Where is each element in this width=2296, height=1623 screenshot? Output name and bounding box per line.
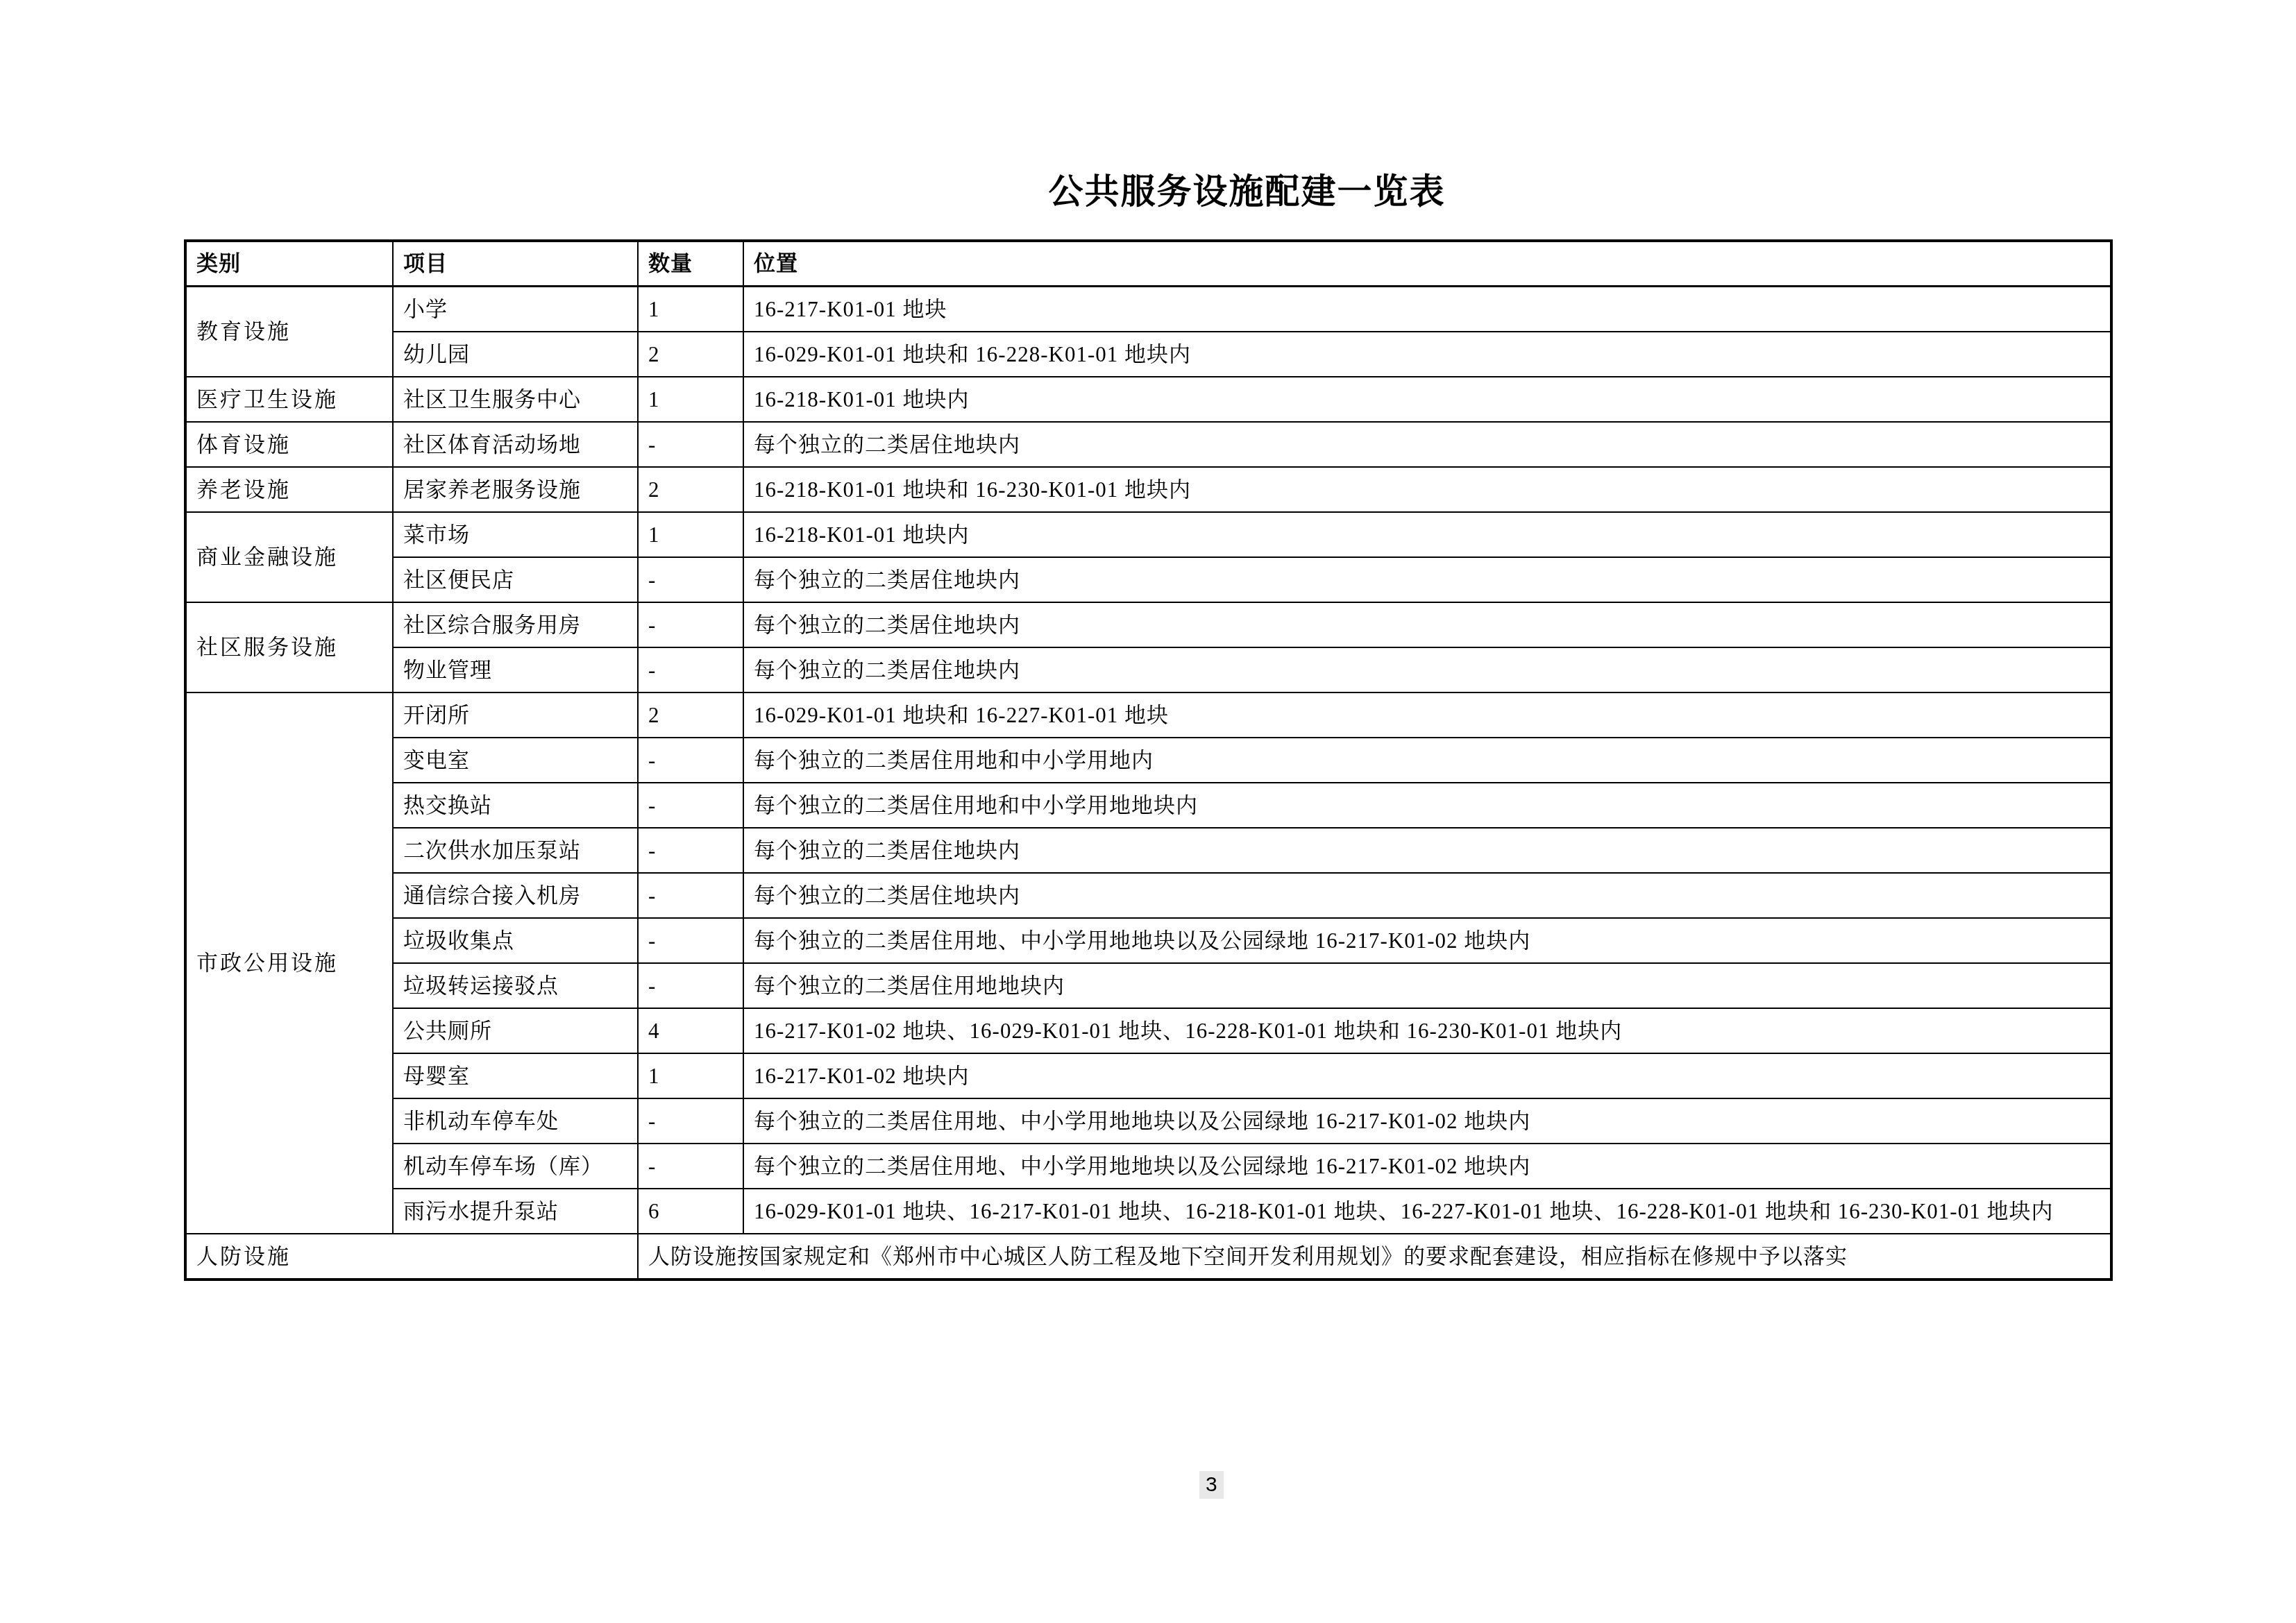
- header-row: 类别 项目 数量 位置: [185, 241, 2111, 287]
- item-cell: 幼儿园: [393, 332, 638, 377]
- table-row: 体育设施社区体育活动场地-每个独立的二类居住地块内: [185, 422, 2111, 467]
- table-row: 养老设施居家养老服务设施216-218-K01-01 地块和 16-230-K0…: [185, 467, 2111, 512]
- location-cell: 16-217-K01-02 地块、16-029-K01-01 地块、16-228…: [743, 1008, 2111, 1053]
- table-row: 非机动车停车处-每个独立的二类居住用地、中小学用地地块以及公园绿地 16-217…: [185, 1098, 2111, 1144]
- quantity-cell: -: [638, 1098, 743, 1144]
- item-cell: 变电室: [393, 738, 638, 783]
- document-page: 公共服务设施配建一览表 类别 项目 数量 位置 教育设施小学116-217-K0…: [0, 0, 2296, 1623]
- quantity-cell: 2: [638, 467, 743, 512]
- table-row: 母婴室116-217-K01-02 地块内: [185, 1053, 2111, 1098]
- quantity-cell: -: [638, 557, 743, 602]
- quantity-cell: 1: [638, 512, 743, 557]
- location-cell: 每个独立的二类居住用地和中小学用地内: [743, 738, 2111, 783]
- quantity-cell: -: [638, 1144, 743, 1189]
- location-cell: 每个独立的二类居住地块内: [743, 873, 2111, 918]
- column-header-quantity: 数量: [638, 241, 743, 287]
- category-cell: 市政公用设施: [185, 692, 393, 1234]
- quantity-cell: -: [638, 422, 743, 467]
- table-row: 教育设施小学116-217-K01-01 地块: [185, 287, 2111, 332]
- category-cell: 教育设施: [185, 287, 393, 377]
- location-cell: 每个独立的二类居住地块内: [743, 828, 2111, 873]
- quantity-cell: -: [638, 647, 743, 692]
- category-cell: 商业金融设施: [185, 512, 393, 602]
- category-cell: 体育设施: [185, 422, 393, 467]
- item-cell: 物业管理: [393, 647, 638, 692]
- page-number: 3: [1199, 1471, 1224, 1499]
- table-row: 幼儿园216-029-K01-01 地块和 16-228-K01-01 地块内: [185, 332, 2111, 377]
- location-cell: 每个独立的二类居住用地和中小学用地地块内: [743, 783, 2111, 828]
- location-cell: 每个独立的二类居住地块内: [743, 422, 2111, 467]
- item-cell: 居家养老服务设施: [393, 467, 638, 512]
- quantity-cell: 4: [638, 1008, 743, 1053]
- table-row: 物业管理-每个独立的二类居住地块内: [185, 647, 2111, 692]
- location-cell: 16-029-K01-01 地块、16-217-K01-01 地块、16-218…: [743, 1189, 2111, 1234]
- location-cell: 16-029-K01-01 地块和 16-228-K01-01 地块内: [743, 332, 2111, 377]
- column-header-location: 位置: [743, 241, 2111, 287]
- quantity-cell: -: [638, 783, 743, 828]
- quantity-cell: 6: [638, 1189, 743, 1234]
- table-row: 公共厕所416-217-K01-02 地块、16-029-K01-01 地块、1…: [185, 1008, 2111, 1053]
- location-cell: 16-218-K01-01 地块和 16-230-K01-01 地块内: [743, 467, 2111, 512]
- item-cell: 热交换站: [393, 783, 638, 828]
- location-cell: 16-029-K01-01 地块和 16-227-K01-01 地块: [743, 692, 2111, 738]
- facilities-table-header: 类别 项目 数量 位置: [185, 241, 2111, 287]
- category-cell: 社区服务设施: [185, 602, 393, 692]
- quantity-cell: -: [638, 738, 743, 783]
- table-row: 变电室-每个独立的二类居住用地和中小学用地内: [185, 738, 2111, 783]
- location-cell: 16-217-K01-02 地块内: [743, 1053, 2111, 1098]
- item-cell: 垃圾转运接驳点: [393, 963, 638, 1008]
- location-cell: 16-218-K01-01 地块内: [743, 377, 2111, 422]
- quantity-cell: 1: [638, 1053, 743, 1098]
- quantity-cell: -: [638, 602, 743, 647]
- quantity-cell: -: [638, 963, 743, 1008]
- civil-defense-row: 人防设施人防设施按国家规定和《郑州市中心城区人防工程及地下空间开发利用规划》的要…: [185, 1234, 2111, 1280]
- facilities-table: 类别 项目 数量 位置 教育设施小学116-217-K01-01 地块幼儿园21…: [184, 239, 2113, 1281]
- category-cell: 医疗卫生设施: [185, 377, 393, 422]
- civil-defense-note: 人防设施按国家规定和《郑州市中心城区人防工程及地下空间开发利用规划》的要求配套建…: [638, 1234, 2111, 1280]
- item-cell: 开闭所: [393, 692, 638, 738]
- location-cell: 16-217-K01-01 地块: [743, 287, 2111, 332]
- item-cell: 通信综合接入机房: [393, 873, 638, 918]
- location-cell: 每个独立的二类居住地块内: [743, 557, 2111, 602]
- item-cell: 社区便民店: [393, 557, 638, 602]
- table-row: 商业金融设施菜市场116-218-K01-01 地块内: [185, 512, 2111, 557]
- item-cell: 社区综合服务用房: [393, 602, 638, 647]
- location-cell: 每个独立的二类居住地块内: [743, 647, 2111, 692]
- quantity-cell: -: [638, 918, 743, 963]
- item-cell: 垃圾收集点: [393, 918, 638, 963]
- table-row: 社区服务设施社区综合服务用房-每个独立的二类居住地块内: [185, 602, 2111, 647]
- table-row: 二次供水加压泵站-每个独立的二类居住地块内: [185, 828, 2111, 873]
- category-cell: 养老设施: [185, 467, 393, 512]
- quantity-cell: 2: [638, 692, 743, 738]
- item-cell: 母婴室: [393, 1053, 638, 1098]
- table-row: 市政公用设施开闭所216-029-K01-01 地块和 16-227-K01-0…: [185, 692, 2111, 738]
- item-cell: 社区体育活动场地: [393, 422, 638, 467]
- location-cell: 16-218-K01-01 地块内: [743, 512, 2111, 557]
- item-cell: 二次供水加压泵站: [393, 828, 638, 873]
- item-cell: 非机动车停车处: [393, 1098, 638, 1144]
- item-cell: 机动车停车场（库）: [393, 1144, 638, 1189]
- table-row: 社区便民店-每个独立的二类居住地块内: [185, 557, 2111, 602]
- quantity-cell: 1: [638, 377, 743, 422]
- item-cell: 公共厕所: [393, 1008, 638, 1053]
- column-header-item: 项目: [393, 241, 638, 287]
- location-cell: 每个独立的二类居住地块内: [743, 602, 2111, 647]
- location-cell: 每个独立的二类居住用地、中小学用地地块以及公园绿地 16-217-K01-02 …: [743, 918, 2111, 963]
- category-cell: 人防设施: [185, 1234, 638, 1280]
- item-cell: 小学: [393, 287, 638, 332]
- quantity-cell: -: [638, 828, 743, 873]
- quantity-cell: 1: [638, 287, 743, 332]
- facilities-table-body: 教育设施小学116-217-K01-01 地块幼儿园216-029-K01-01…: [185, 287, 2111, 1280]
- table-row: 垃圾收集点-每个独立的二类居住用地、中小学用地地块以及公园绿地 16-217-K…: [185, 918, 2111, 963]
- location-cell: 每个独立的二类居住用地、中小学用地地块以及公园绿地 16-217-K01-02 …: [743, 1144, 2111, 1189]
- table-row: 热交换站-每个独立的二类居住用地和中小学用地地块内: [185, 783, 2111, 828]
- table-row: 医疗卫生设施社区卫生服务中心116-218-K01-01 地块内: [185, 377, 2111, 422]
- location-cell: 每个独立的二类居住用地、中小学用地地块以及公园绿地 16-217-K01-02 …: [743, 1098, 2111, 1144]
- table-row: 通信综合接入机房-每个独立的二类居住地块内: [185, 873, 2111, 918]
- quantity-cell: -: [638, 873, 743, 918]
- table-row: 垃圾转运接驳点-每个独立的二类居住用地地块内: [185, 963, 2111, 1008]
- table-row: 机动车停车场（库）-每个独立的二类居住用地、中小学用地地块以及公园绿地 16-2…: [185, 1144, 2111, 1189]
- item-cell: 雨污水提升泵站: [393, 1189, 638, 1234]
- document-title: 公共服务设施配建一览表: [0, 164, 2296, 214]
- item-cell: 菜市场: [393, 512, 638, 557]
- table-row: 雨污水提升泵站616-029-K01-01 地块、16-217-K01-01 地…: [185, 1189, 2111, 1234]
- quantity-cell: 2: [638, 332, 743, 377]
- location-cell: 每个独立的二类居住用地地块内: [743, 963, 2111, 1008]
- item-cell: 社区卫生服务中心: [393, 377, 638, 422]
- column-header-category: 类别: [185, 241, 393, 287]
